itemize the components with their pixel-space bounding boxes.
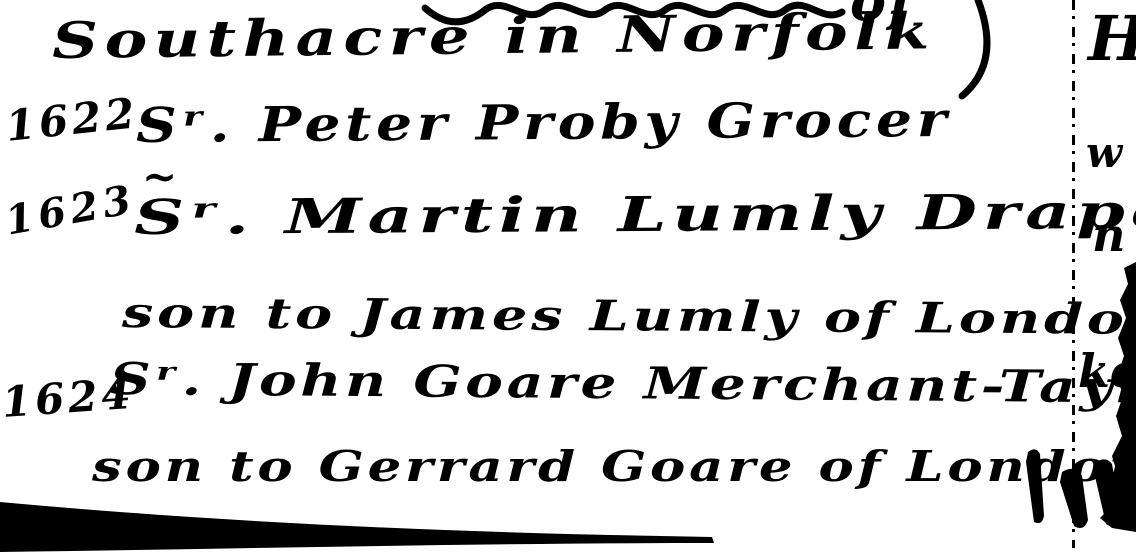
manuscript-page: of Southacre in Norfolk 1622 Sʳ. Peter P…	[0, 0, 1136, 552]
heading-line: Southacre in Norfolk	[52, 6, 936, 66]
margin-letter-fragment: ke	[1078, 348, 1136, 394]
entry-year: 1622	[4, 92, 141, 148]
margin-letter-fragment: w	[1086, 132, 1122, 174]
long-s-flourish	[962, 0, 987, 96]
margin-letter-fragment: n	[1092, 212, 1125, 258]
entry-line: son to James Lumly of London	[122, 292, 1136, 341]
entry-line: Sʳ. Peter Proby Grocer	[136, 96, 952, 150]
entry-year: 1623	[3, 179, 139, 241]
entry-line: Sʳ. Martin Lumly Draper	[134, 187, 1136, 242]
entry-line: Sʳ. John Goare Merchant-Taylor	[110, 358, 1136, 411]
margin-letter-fragment: H	[1088, 8, 1136, 70]
margin-rule	[1072, 0, 1075, 548]
entry-line: son to Gerrard Goare of London	[92, 446, 1136, 488]
page-gutter-shadow	[0, 502, 714, 552]
pen-tick	[108, 515, 138, 522]
